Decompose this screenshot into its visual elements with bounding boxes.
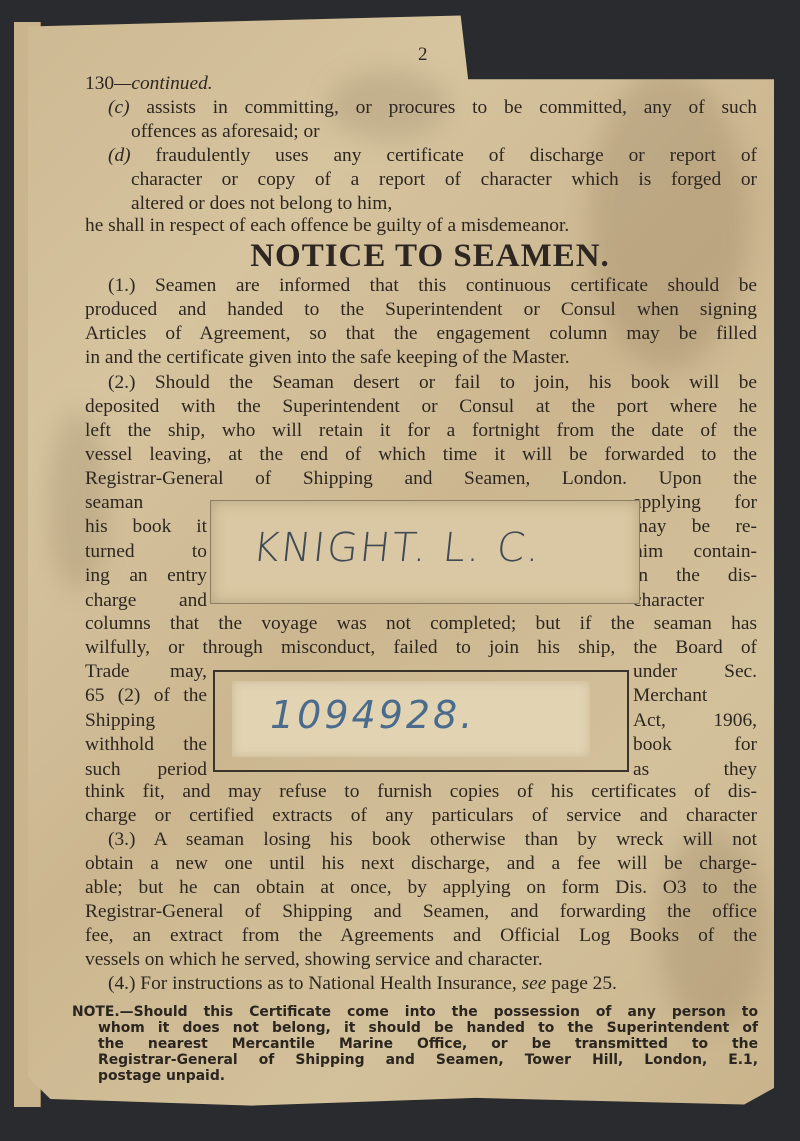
clause-c-line-2: offences as aforesaid; or [131, 120, 751, 145]
para2-right-col-2: under Sec. Merchant Act, 1906, book for … [633, 660, 757, 782]
para1-line-1: (1.) Seamen are informed that this conti… [108, 274, 757, 299]
para3-line-4: Registrar-General of Shipping and Seamen… [85, 900, 757, 925]
para2-line-8: think fit, and may refuse to furnish cop… [85, 780, 757, 805]
para2-line-2: deposited with the Superintendent or Con… [85, 395, 757, 420]
name-label: KNIGHT. L. C. [210, 500, 640, 604]
note-line-2: whom it does not belong, it should be ha… [98, 1020, 758, 1036]
para2-left-col-2: Trade may, 65 (2) of the Shipping withho… [85, 660, 207, 782]
penalty-line: he shall in respect of each offence be g… [85, 214, 757, 239]
note-line-3: the nearest Mercantile Marine Office, or… [98, 1036, 758, 1052]
para2-line-9: charge or certified extracts of any part… [85, 804, 757, 829]
para2-line-4: vessel leaving, at the end of which time… [85, 443, 757, 468]
handwritten-name: KNIGHT. L. C. [251, 525, 544, 571]
para2-right-col-1: applying for may be re- him contain- in … [633, 491, 757, 613]
number-label: 1094928. [232, 681, 590, 757]
note-line-5: postage unpaid. [98, 1068, 758, 1084]
note-line-4: Registrar-General of Shipping and Seamen… [98, 1052, 758, 1068]
para3-line-5: fee, an extract from the Agreements and … [85, 924, 757, 949]
note-line-1: NOTE.—Should this Certificate come into … [72, 1004, 758, 1020]
para3-line-2: obtain a new one until his next discharg… [85, 852, 757, 877]
para2-line-3: left the ship, who will retain it for a … [85, 419, 757, 444]
para3-line-1: (3.) A seaman losing his book otherwise … [108, 828, 757, 853]
para2-line-6: columns that the voyage was not complete… [85, 612, 757, 637]
clause-c-line-1: (c) assists in committing, or procures t… [108, 96, 757, 121]
para2-line-7: wilfully, or through misconduct, failed … [85, 636, 757, 661]
section-continued: 130—continued. [85, 72, 757, 97]
para4-line: (4.) For instructions as to National Hea… [108, 972, 757, 997]
para1-line-3: Articles of Agreement, so that the engag… [85, 322, 757, 347]
clause-d-line-3: altered or does not belong to him, [131, 192, 751, 217]
page-number: 2 [418, 44, 428, 66]
para3-line-6: vessels on which he served, showing serv… [85, 948, 757, 973]
handwritten-number: 1094928. [270, 693, 475, 737]
para2-left-col-1: seaman his book it turned to ing an entr… [85, 491, 207, 613]
notice-heading: NOTICE TO SEAMEN. [0, 238, 800, 275]
para2-line-1: (2.) Should the Seaman desert or fail to… [108, 371, 757, 396]
document-text: 2 130—continued. (c) assists in committi… [0, 0, 800, 1141]
para1-line-4: in and the certificate given into the sa… [85, 346, 757, 371]
clause-d-line-2: character or copy of a report of charact… [131, 168, 757, 193]
para3-line-3: able; but he can obtain at once, by appl… [85, 876, 757, 901]
clause-d-line-1: (d) fraudulently uses any certificate of… [108, 144, 757, 169]
para2-line-5: Registrar-General of Shipping and Seamen… [85, 467, 757, 492]
para1-line-2: produced and handed to the Superintenden… [85, 298, 757, 323]
